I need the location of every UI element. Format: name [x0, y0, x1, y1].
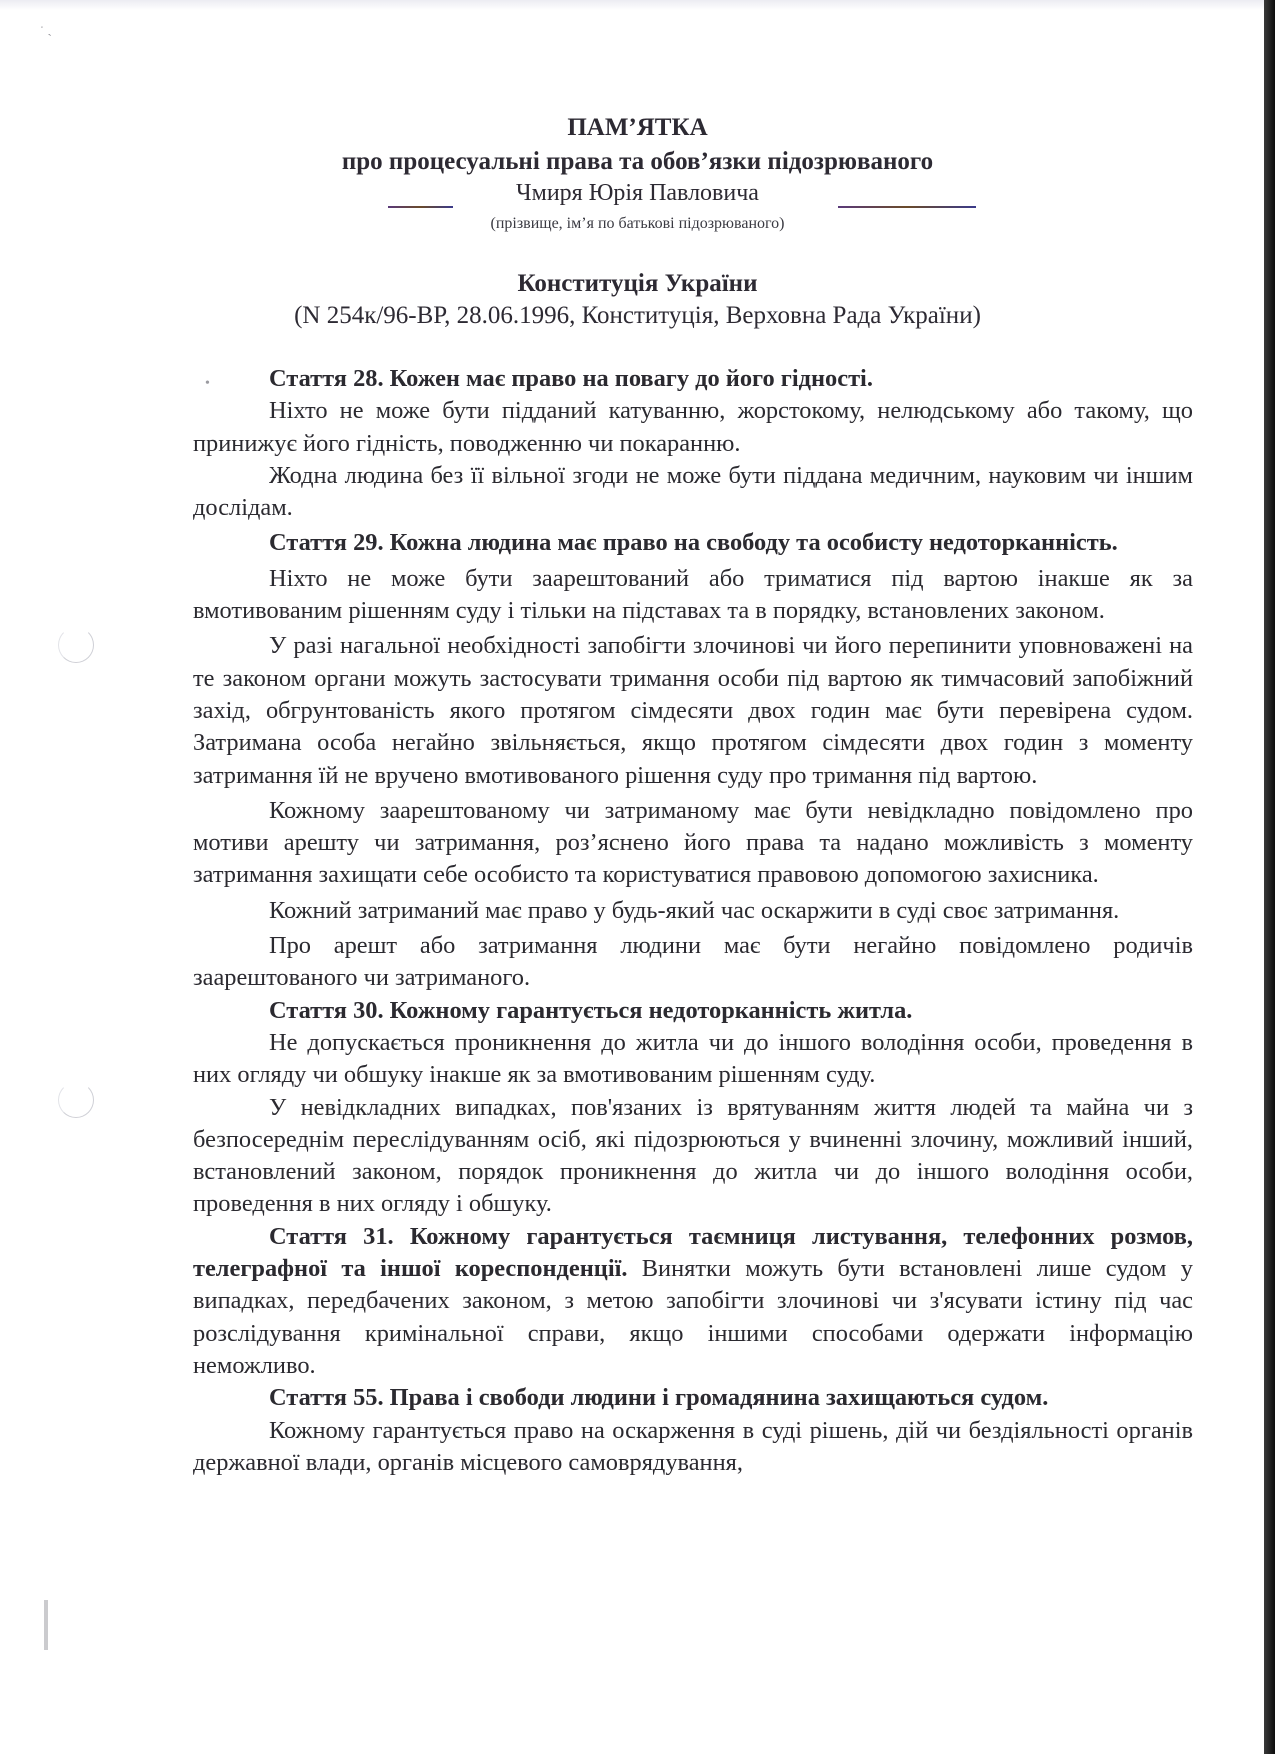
article-29-heading: Стаття 29. Кожна людина має право на сво…	[193, 527, 1193, 559]
article-55-paragraph: Кожному гарантується право на оскарження…	[193, 1415, 1193, 1480]
scan-speck: ˑ ˏ	[40, 22, 52, 38]
article-30-paragraph: Не допускається проникнення до житла чи …	[193, 1027, 1193, 1092]
article-55-heading: Стаття 55. Права і свободи людини і гром…	[193, 1382, 1193, 1414]
article-30-heading: Стаття 30. Кожному гарантується недоторк…	[193, 995, 1193, 1027]
article-29-paragraph: Про арешт або затримання людини має бути…	[193, 930, 1193, 995]
article-28-paragraph: Жодна людина без її вільної згоди не мож…	[193, 460, 1193, 525]
article-28-heading: Стаття 28. Кожен має право на повагу до …	[193, 363, 1193, 395]
document-title: ПАМ’ЯТКА	[0, 114, 1275, 142]
scan-margin-mark	[44, 1600, 48, 1650]
article-29-paragraph: Кожному заарештованому чи затриманому ма…	[193, 795, 1193, 892]
scan-top-shadow	[0, 0, 1264, 10]
source-meta: (N 254к/96-ВР, 28.06.1996, Конституція, …	[0, 302, 1275, 330]
article-29-paragraph: Кожний затриманий має право у будь-який …	[193, 895, 1193, 927]
punch-hole-bottom	[58, 1082, 94, 1118]
article-31: Стаття 31. Кожному гарантується таємниця…	[193, 1221, 1193, 1382]
scan-page-edge	[1264, 0, 1275, 1754]
punch-hole-top	[58, 627, 94, 663]
article-30-paragraph: У невідкладних випадках, пов'язаних із в…	[193, 1092, 1193, 1221]
article-29-paragraph: У разі нагальної необхідності запобігти …	[193, 630, 1193, 791]
article-29-paragraph: Ніхто не може бути заарештований або три…	[193, 563, 1193, 628]
name-underline-right	[838, 206, 976, 208]
document-body: Стаття 28. Кожен має право на повагу до …	[193, 363, 1193, 1479]
document-subtitle: про процесуальні права та обов’язки підо…	[0, 148, 1275, 176]
suspect-name: Чмиря Юрія Павловича	[0, 180, 1275, 207]
article-28-paragraph: Ніхто не може бути підданий катуванню, ж…	[193, 395, 1193, 460]
source-title: Конституція України	[0, 270, 1275, 298]
suspect-name-hint: (прізвище, ім’я по батькові підозрюваног…	[0, 215, 1275, 233]
